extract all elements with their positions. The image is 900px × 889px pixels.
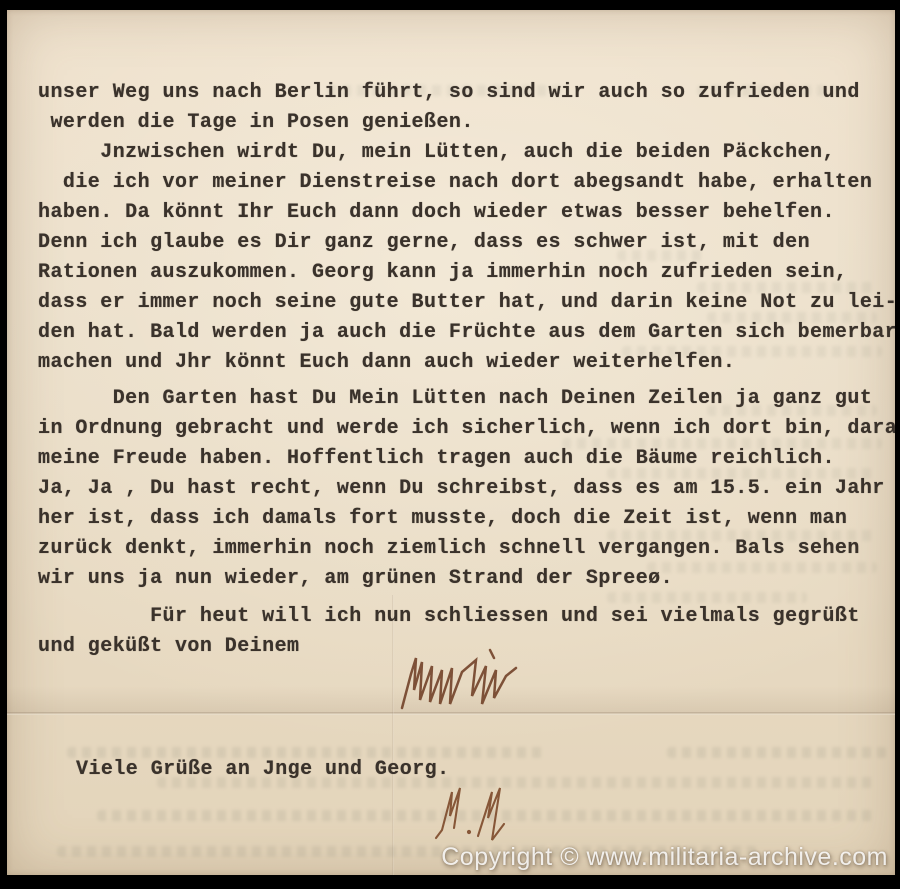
letter-line: in Ordnung gebracht und werde ich sicher… (38, 414, 895, 444)
letter-line: haben. Da könnt Ihr Euch dann doch wiede… (38, 198, 895, 228)
letter-line: Ja, Ja , Du hast recht, wenn Du schreibs… (38, 474, 895, 504)
bleed-through-mark (67, 747, 547, 758)
letter-line: Jnzwischen wirdt Du, mein Lütten, auch d… (38, 138, 895, 168)
letter-line: wir uns ja nun wieder, am grünen Strand … (38, 564, 895, 594)
postscript-line: Viele Grüße an Jnge und Georg. (76, 758, 450, 781)
letter-line: Den Garten hast Du Mein Lütten nach Dein… (38, 384, 895, 414)
scanned-letter: unser Weg uns nach Berlin führt, so sind… (0, 0, 900, 889)
letter-line: Rationen auszukommen. Georg kann ja imme… (38, 258, 895, 288)
letter-line: her ist, dass ich damals fort musste, do… (38, 504, 895, 534)
letter-line: Für heut will ich nun schliessen und sei… (38, 602, 895, 632)
letter-paper: unser Weg uns nach Berlin führt, so sind… (7, 10, 895, 875)
letter-line: den hat. Bald werden ja auch die Früchte… (38, 318, 895, 348)
letter-line: unser Weg uns nach Berlin führt, so sind… (38, 78, 895, 108)
letter-line: Denn ich glaube es Dir ganz gerne, dass … (38, 228, 895, 258)
letter-line: meine Freude haben. Hoffentlich tragen a… (38, 444, 895, 474)
signature-scribble (398, 646, 528, 724)
letter-line: die ich vor meiner Dienstreise nach dort… (38, 168, 895, 198)
letter-line: zurück denkt, immerhin noch ziemlich sch… (38, 534, 895, 564)
letter-line: machen und Jhr könnt Euch dann auch wied… (38, 348, 895, 378)
letter-line: werden die Tage in Posen genießen. (38, 108, 895, 138)
bleed-through-mark (667, 747, 887, 758)
letter-body: unser Weg uns nach Berlin führt, so sind… (38, 78, 895, 662)
letter-line: dass er immer noch seine gute Butter hat… (38, 288, 895, 318)
initials-scribble (434, 782, 514, 844)
watermark-text: Copyright © www.militaria-archive.com (441, 843, 888, 872)
